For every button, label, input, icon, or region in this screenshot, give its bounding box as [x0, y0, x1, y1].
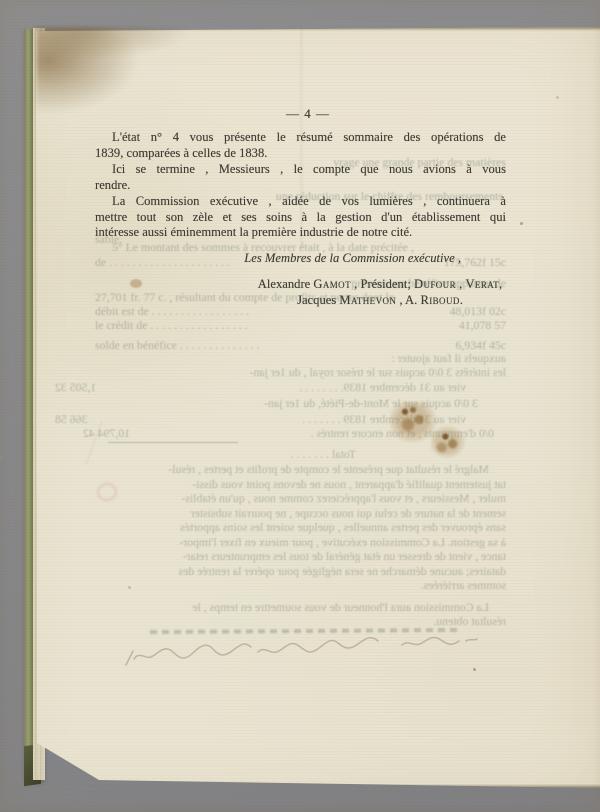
signatories-line-2: Jacques Mathevon , A. Riboud.	[235, 293, 525, 309]
foxing-speck	[473, 668, 476, 671]
text-line: mettre tout son zèle et ses soins à la g…	[95, 210, 506, 226]
signatory-name: Verat	[465, 277, 499, 291]
text-line: La Commission exécutive , aidée de vos l…	[95, 194, 506, 210]
signatory-text: .	[460, 293, 463, 307]
text-line: rendre.	[95, 178, 506, 194]
page-number: — 4 —	[95, 106, 521, 122]
printed-page-content: — 4 — L'état n° 4 vous présente le résum…	[0, 0, 600, 812]
foxing-speck	[128, 586, 131, 589]
text-line: L'état n° 4 vous présente le résumé somm…	[95, 130, 506, 146]
signatory-text: , Président;	[351, 277, 414, 291]
signatories-line-1: Alexandre Gamot , Président; Dufour , Ve…	[235, 277, 525, 293]
foxing-stain	[431, 424, 467, 460]
foxing-speck	[556, 96, 559, 99]
text-line: Ici se termine , Messieurs , le compte q…	[95, 162, 506, 178]
signatory-name: Dufour	[414, 277, 456, 291]
signatories: Alexandre Gamot , Président; Dufour , Ve…	[235, 277, 525, 308]
signatory-name: Riboud	[420, 293, 459, 307]
signatory-name: Gamot	[313, 277, 351, 291]
signature-intro: Les Membres de la Commission exécutive ,	[95, 251, 461, 266]
paragraphs: L'état n° 4 vous présente le résumé somm…	[95, 130, 506, 241]
foxing-speck	[520, 222, 523, 225]
text-line: 1839, comparées à celles de 1838.	[95, 146, 506, 162]
signatory-text: , A.	[396, 293, 420, 307]
signatory-text: Jacques	[297, 293, 339, 307]
signatory-name: Mathevon	[339, 293, 396, 307]
signatory-text: ,	[499, 277, 502, 291]
text-line: intéresse aussi éminemment la première i…	[95, 225, 506, 241]
signatory-text: Alexandre	[258, 277, 314, 291]
foxing-stain	[130, 279, 142, 288]
scanned-book-photo: vrage une grande partie des matièresune …	[0, 0, 600, 812]
